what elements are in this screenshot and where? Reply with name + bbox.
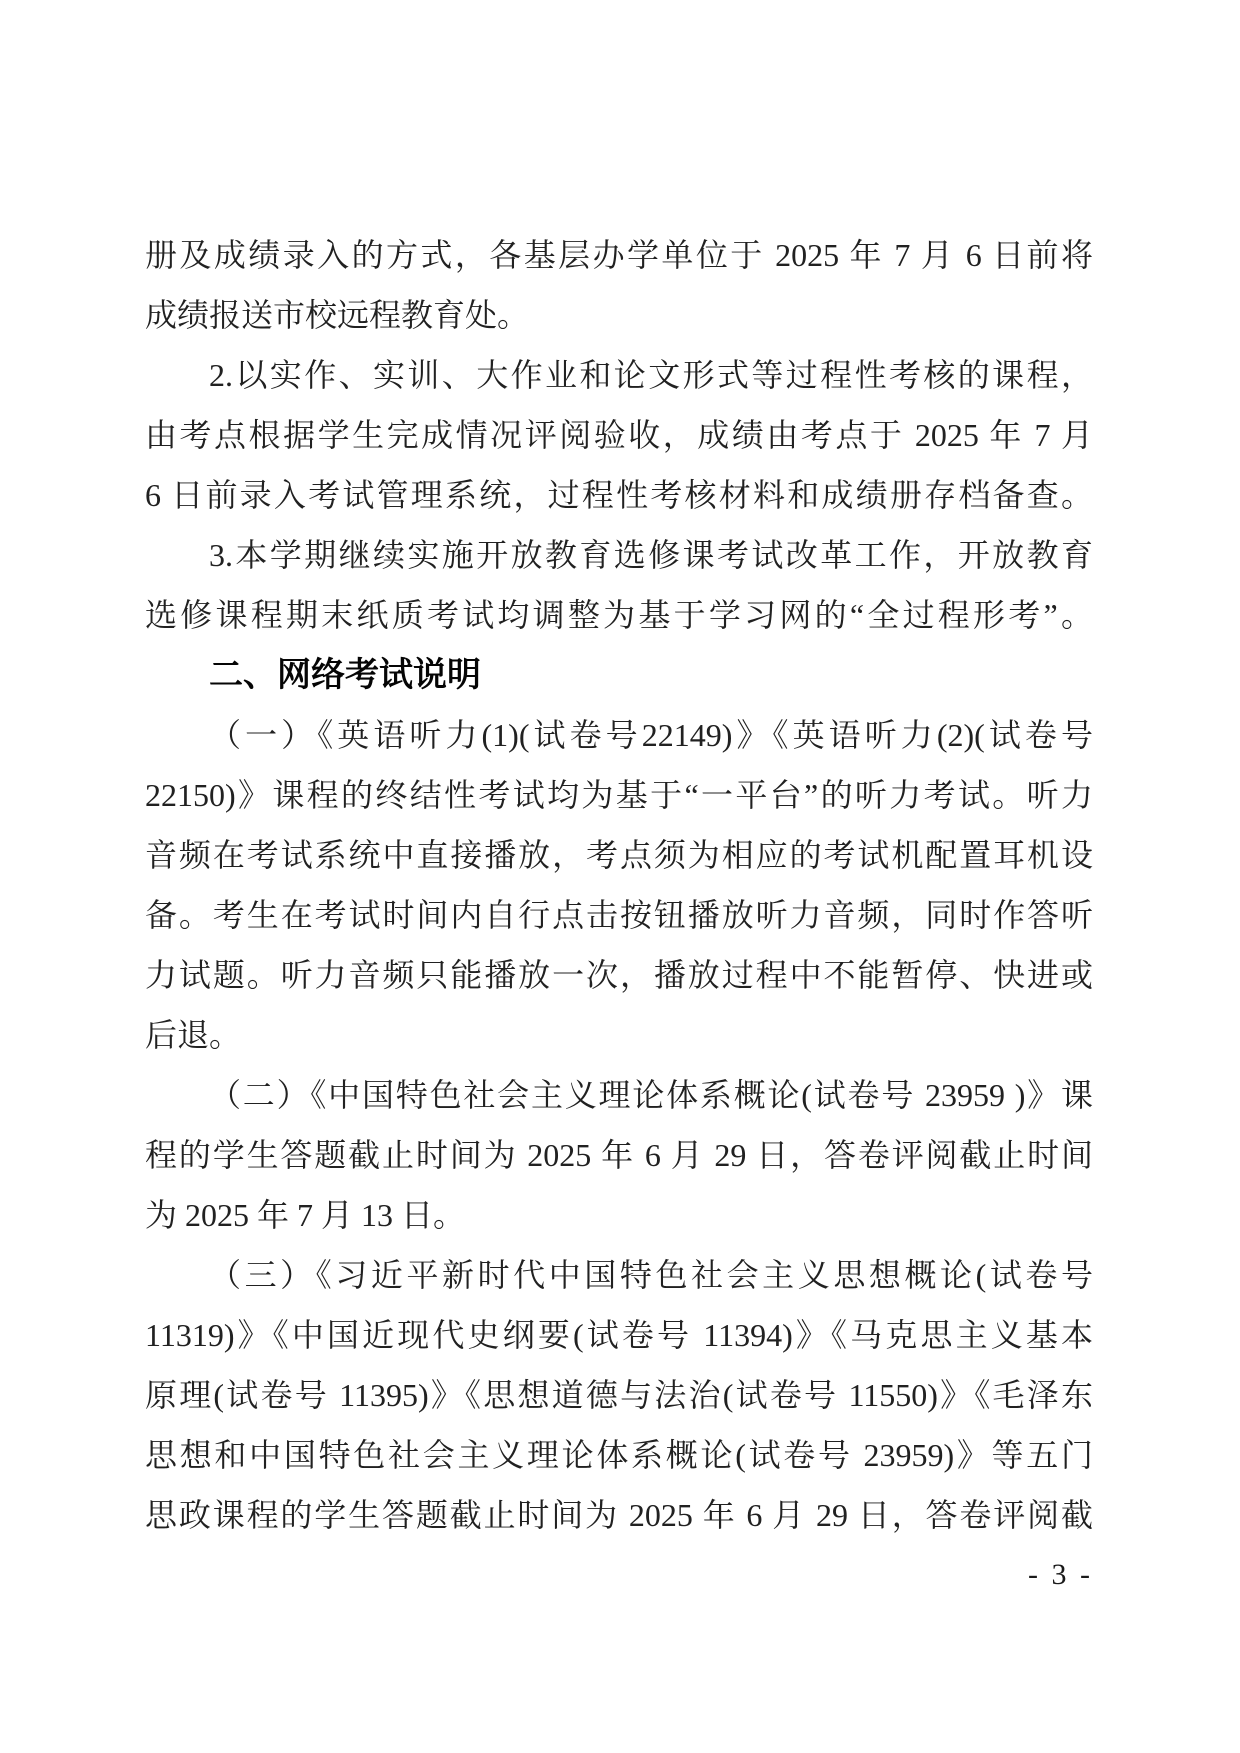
document-line: 程的学生答题截止时间为 2025 年 6 月 29 日，答卷评阅截止时间 bbox=[145, 1125, 1093, 1185]
document-line: （三）《习近平新时代中国特色社会主义思想概论(试卷号 bbox=[145, 1245, 1093, 1305]
document-line: 11319)》《中国近现代史纲要(试卷号 11394)》《马克思主义基本 bbox=[145, 1305, 1093, 1365]
document-body: 册及成绩录入的方式，各基层办学单位于 2025 年 7 月 6 日前将 成绩报送… bbox=[145, 225, 1093, 1605]
document-line: 思想和中国特色社会主义理论体系概论(试卷号 23959)》等五门 bbox=[145, 1425, 1093, 1485]
document-line: 22150)》课程的终结性考试均为基于“一平台”的听力考试。听力 bbox=[145, 765, 1093, 825]
document-line: 册及成绩录入的方式，各基层办学单位于 2025 年 7 月 6 日前将 bbox=[145, 225, 1093, 285]
document-line: 思政课程的学生答题截止时间为 2025 年 6 月 29 日，答卷评阅截 bbox=[145, 1485, 1093, 1545]
document-line: 2.以实作、实训、大作业和论文形式等过程性考核的课程， bbox=[145, 345, 1093, 405]
document-line: 3.本学期继续实施开放教育选修课考试改革工作，开放教育 bbox=[145, 525, 1093, 585]
document-page: 册及成绩录入的方式，各基层办学单位于 2025 年 7 月 6 日前将 成绩报送… bbox=[0, 0, 1240, 1753]
document-line: 为 2025 年 7 月 13 日。 bbox=[145, 1185, 1093, 1245]
document-line: 由考点根据学生完成情况评阅验收，成绩由考点于 2025 年 7 月 bbox=[145, 405, 1093, 465]
document-line: 力试题。听力音频只能播放一次，播放过程中不能暂停、快进或 bbox=[145, 945, 1093, 1005]
document-line: 后退。 bbox=[145, 1005, 1093, 1065]
document-line: （一）《英语听力(1)(试卷号22149)》《英语听力(2)(试卷号 bbox=[145, 705, 1093, 765]
document-line: （二）《中国特色社会主义理论体系概论(试卷号 23959 )》课 bbox=[145, 1065, 1093, 1125]
document-line: 成绩报送市校远程教育处。 bbox=[145, 285, 1093, 345]
section-heading: 二、网络考试说明 bbox=[145, 645, 1093, 705]
page-number: - 3 - bbox=[145, 1545, 1093, 1605]
document-line: 选修课程期末纸质考试均调整为基于学习网的“全过程形考”。 bbox=[145, 585, 1093, 645]
document-line: 6 日前录入考试管理系统，过程性考核材料和成绩册存档备查。 bbox=[145, 465, 1093, 525]
document-line: 备。考生在考试时间内自行点击按钮播放听力音频，同时作答听 bbox=[145, 885, 1093, 945]
document-line: 音频在考试系统中直接播放，考点须为相应的考试机配置耳机设 bbox=[145, 825, 1093, 885]
document-line: 原理(试卷号 11395)》《思想道德与法治(试卷号 11550)》《毛泽东 bbox=[145, 1365, 1093, 1425]
